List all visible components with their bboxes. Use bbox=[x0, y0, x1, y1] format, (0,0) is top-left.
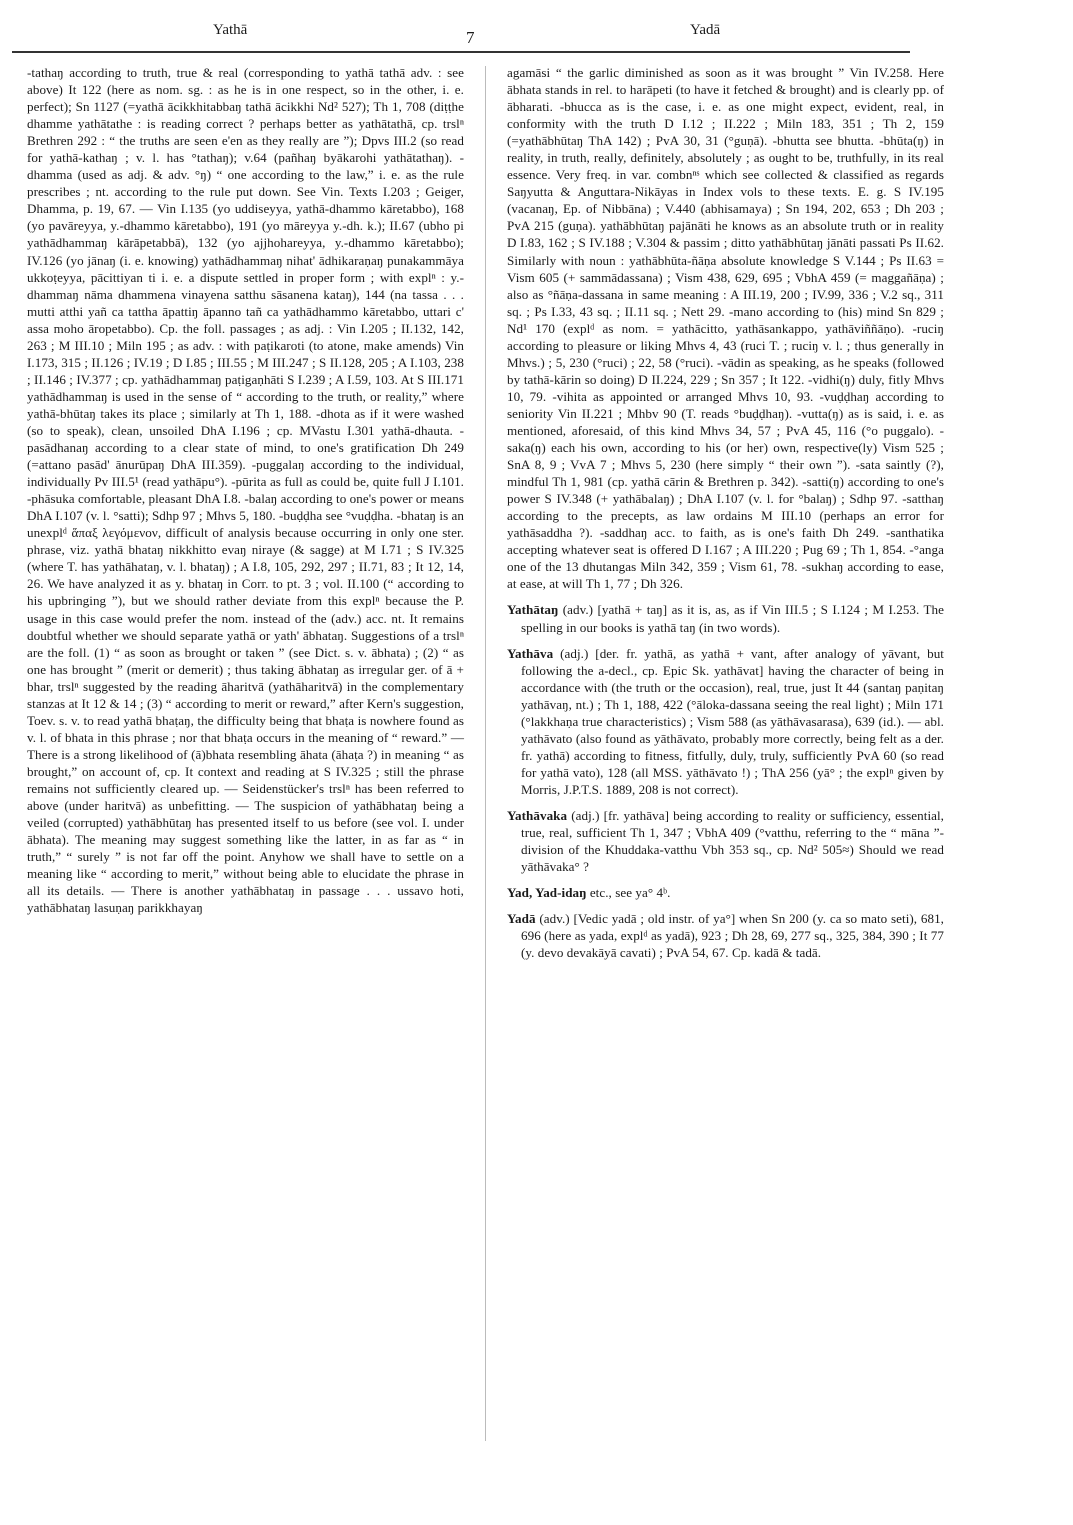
entry-headword: Yadā bbox=[507, 911, 536, 926]
page-number: 7 bbox=[466, 28, 475, 48]
entry-body: (adj.) [fr. yathāva] being according to … bbox=[521, 808, 944, 874]
right-column: agamāsi “ the garlic diminished as soon … bbox=[507, 64, 944, 970]
entry-body: (adv.) [yathā + taŋ] as it is, as, as if… bbox=[521, 602, 944, 634]
entry-headword: Yad, Yad-idaŋ bbox=[507, 885, 587, 900]
entry-body: (adj.) [der. fr. yathā, as yathā + vant,… bbox=[521, 646, 944, 797]
dictionary-entry: Yathāva (adj.) [der. fr. yathā, as yathā… bbox=[507, 645, 944, 798]
entry-body: (adv.) [Vedic yadā ; old instr. of ya°] … bbox=[521, 911, 944, 960]
dictionary-entry: Yadā (adv.) [Vedic yadā ; old instr. of … bbox=[507, 910, 944, 961]
entry-headword: Yathātaŋ bbox=[507, 602, 558, 617]
left-column: -tathaŋ according to truth, true & real … bbox=[27, 64, 464, 925]
column-divider bbox=[485, 66, 486, 1441]
running-head-right: Yadā bbox=[690, 22, 720, 39]
entry-continuation-right: agamāsi “ the garlic diminished as soon … bbox=[507, 64, 944, 592]
header-rule bbox=[12, 51, 910, 53]
entry-body: etc., see ya° 4ᵇ. bbox=[587, 885, 671, 900]
dictionary-entry: Yad, Yad-idaŋ etc., see ya° 4ᵇ. bbox=[507, 884, 944, 901]
dictionary-entry: Yathāvaka (adj.) [fr. yathāva] being acc… bbox=[507, 807, 944, 875]
page-header: Yathā 7 Yadā bbox=[0, 0, 1073, 52]
entry-headword: Yathāva bbox=[507, 646, 553, 661]
running-head-left: Yathā bbox=[213, 22, 247, 39]
dictionary-entry: Yathātaŋ (adv.) [yathā + taŋ] as it is, … bbox=[507, 601, 944, 635]
entry-headword: Yathāvaka bbox=[507, 808, 567, 823]
entry-continuation-left: -tathaŋ according to truth, true & real … bbox=[27, 64, 464, 916]
